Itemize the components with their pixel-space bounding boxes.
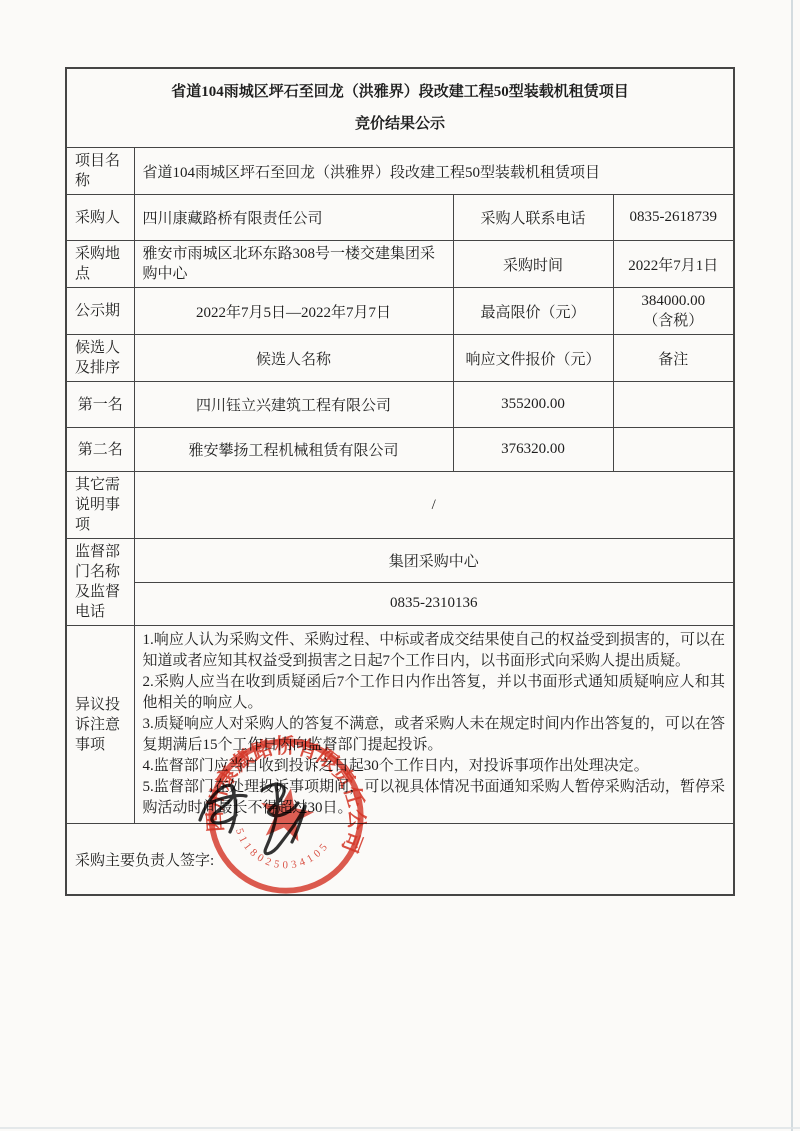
title-line-2: 竞价结果公示 [75,108,725,140]
project-name-row: 项目名称 省道104雨城区坪石至回龙（洪雅界）段改建工程50型装载机租赁项目 [66,148,734,195]
candidates-header-row: 候选人及排序 候选人名称 响应文件报价（元） 备注 [66,335,734,382]
objection-row: 异议投诉注意事项 1.响应人认为采购文件、采购过程、中标或者成交结果使自己的权益… [66,626,734,824]
candidate-remark-cell [613,428,734,472]
max-price-value: 384000.00 （含税） [613,288,734,335]
page-edge-artifact-right [791,0,793,1131]
location-row: 采购地点 雅安市雨城区北环东路308号一楼交建集团采购中心 采购时间 2022年… [66,241,734,288]
publicity-value: 2022年7月5日—2022年7月7日 [134,288,453,335]
signature-label: 采购主要负责人签字: [75,853,214,869]
rank-cell: 第一名 [66,382,134,428]
candidate-row-1: 第一名 四川钰立兴建筑工程有限公司 355200.00 [66,382,734,428]
supervision-phone-row: 0835-2310136 [66,582,734,626]
signature-row: 采购主要负责人签字: [66,824,734,896]
objection-label: 异议投诉注意事项 [66,626,134,824]
project-name-label: 项目名称 [66,148,134,195]
max-price-label: 最高限价（元） [453,288,613,335]
purchase-time-label: 采购时间 [453,241,613,288]
candidate-row-2: 第二名 雅安攀扬工程机械租赁有限公司 376320.00 [66,428,734,472]
other-notes-label: 其它需说明事项 [66,472,134,539]
candidate-price-cell: 355200.00 [453,382,613,428]
supervision-department-value: 集团采购中心 [134,539,734,583]
objection-item-4: 4.监督部门应当自收到投诉之日起30个工作日内，对投诉事项作出处理决定。 [143,756,726,777]
candidate-name-cell: 四川钰立兴建筑工程有限公司 [134,382,453,428]
candidate-remark-header: 备注 [613,335,734,382]
max-price-note: （含税） [622,311,726,331]
objection-item-3: 3.质疑响应人对采购人的答复不满意，或者采购人未在规定时间内作出答复的，可以在答… [143,714,726,756]
max-price-amount: 384000.00 [622,291,726,311]
purchaser-phone-label: 采购人联系电话 [453,195,613,241]
location-label: 采购地点 [66,241,134,288]
objection-text: 1.响应人认为采购文件、采购过程、中标或者成交结果使自己的权益受到损害的，可以在… [134,626,734,824]
rank-cell: 第二名 [66,428,134,472]
other-notes-row: 其它需说明事项 / [66,472,734,539]
purchaser-value: 四川康藏路桥有限责任公司 [134,195,453,241]
publicity-row: 公示期 2022年7月5日—2022年7月7日 最高限价（元） 384000.0… [66,288,734,335]
candidate-name-header: 候选人名称 [134,335,453,382]
objection-item-1: 1.响应人认为采购文件、采购过程、中标或者成交结果使自己的权益受到损害的，可以在… [143,630,726,672]
candidate-name-cell: 雅安攀扬工程机械租赁有限公司 [134,428,453,472]
project-name-value: 省道104雨城区坪石至回龙（洪雅界）段改建工程50型装载机租赁项目 [134,148,734,195]
purchaser-phone-value: 0835-2618739 [613,195,734,241]
supervision-department-row: 监督部门名称及监督电话 集团采购中心 [66,539,734,583]
supervision-phone-value: 0835-2310136 [134,582,734,626]
purchaser-row: 采购人 四川康藏路桥有限责任公司 采购人联系电话 0835-2618739 [66,195,734,241]
supervision-label: 监督部门名称及监督电话 [66,539,134,626]
signature-line: 采购主要负责人签字: [66,824,734,896]
document-title: 省道104雨城区坪石至回龙（洪雅界）段改建工程50型装载机租赁项目 竞价结果公示 [66,68,734,148]
title-row: 省道104雨城区坪石至回龙（洪雅界）段改建工程50型装载机租赁项目 竞价结果公示 [66,68,734,148]
other-notes-value: / [134,472,734,539]
announcement-table: 省道104雨城区坪石至回龙（洪雅界）段改建工程50型装载机租赁项目 竞价结果公示… [65,67,735,896]
publicity-label: 公示期 [66,288,134,335]
page-edge-artifact-bottom [0,1127,800,1129]
purchaser-label: 采购人 [66,195,134,241]
objection-item-5: 5.监督部门在处理投诉事项期间，可以视具体情况书面通知采购人暂停采购活动，暂停采… [143,777,726,819]
candidate-remark-cell [613,382,734,428]
rank-header: 候选人及排序 [66,335,134,382]
candidate-price-cell: 376320.00 [453,428,613,472]
title-line-1: 省道104雨城区坪石至回龙（洪雅界）段改建工程50型装载机租赁项目 [75,76,725,108]
scanned-document-page: 省道104雨城区坪石至回龙（洪雅界）段改建工程50型装载机租赁项目 竞价结果公示… [0,0,800,1131]
candidate-price-header: 响应文件报价（元） [453,335,613,382]
objection-item-2: 2.采购人应当在收到质疑函后7个工作日内作出答复，并以书面形式通知质疑响应人和其… [143,672,726,714]
location-value: 雅安市雨城区北环东路308号一楼交建集团采购中心 [134,241,453,288]
purchase-time-value: 2022年7月1日 [613,241,734,288]
